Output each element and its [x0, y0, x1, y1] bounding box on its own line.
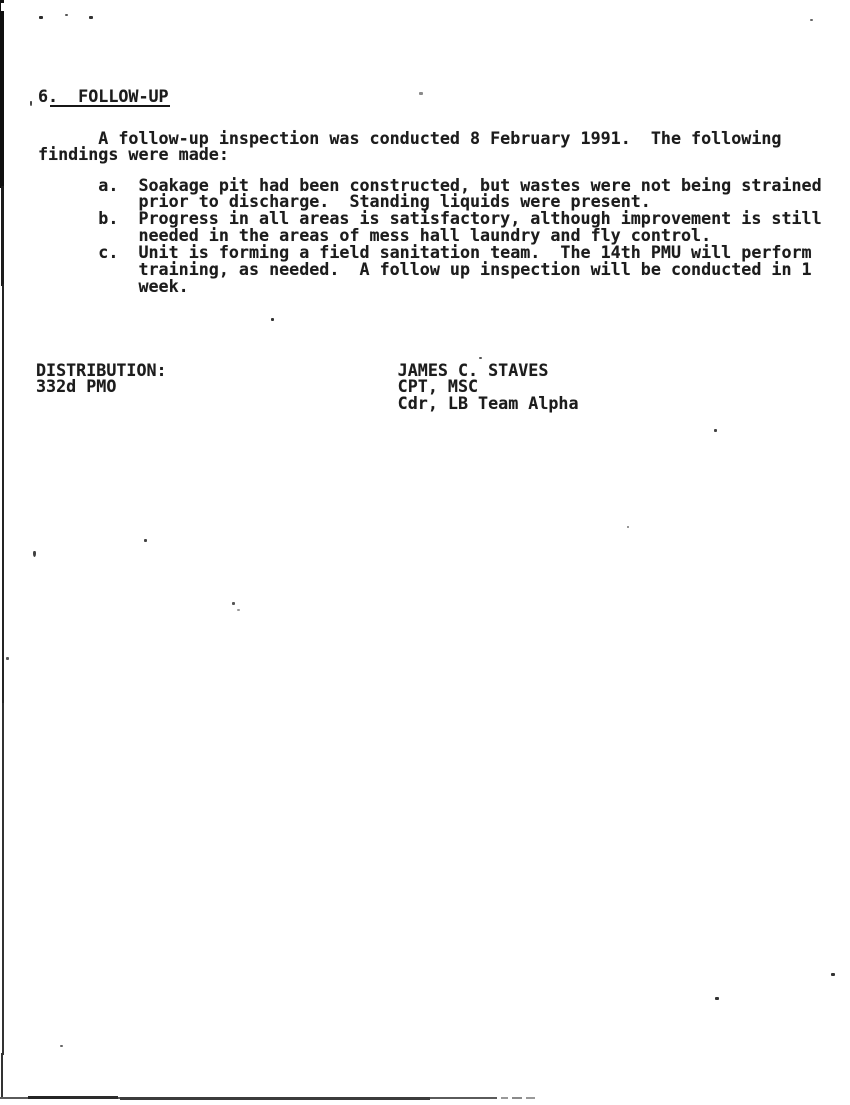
intro-paragraph: A follow-up inspection was conducted 8 F… — [38, 130, 781, 164]
scan-speck — [65, 14, 68, 16]
scan-edge-bottom-dash — [501, 1097, 508, 1099]
scan-speck — [627, 526, 629, 528]
scan-edge-bottom — [70, 1096, 118, 1099]
scan-edge-bottom-dash — [512, 1097, 522, 1099]
heading-underline — [50, 105, 170, 107]
scan-edge-bottom — [120, 1097, 430, 1100]
scan-edge-left — [0, 0, 4, 188]
scan-speck — [810, 19, 813, 21]
scan-speck — [60, 1045, 63, 1047]
scan-speck — [6, 657, 9, 660]
scan-edge-notch — [1, 3, 5, 11]
scan-edge-left — [2, 284, 4, 706]
scan-edge-bottom — [28, 1096, 72, 1099]
section-heading: 6. FOLLOW-UP — [38, 88, 169, 105]
scan-speck — [33, 551, 36, 557]
text-line: findings were made: — [38, 146, 781, 163]
scan-speck — [237, 609, 240, 611]
scan-edge-left — [1, 186, 4, 286]
scan-edge-left — [1, 1053, 3, 1097]
scan-speck — [39, 16, 43, 19]
scan-edge-left — [2, 703, 4, 1055]
scan-speck — [715, 997, 719, 1000]
scan-speck — [419, 92, 423, 95]
findings-list: a. Soakage pit had been constructed, but… — [38, 177, 822, 295]
text-line: week. — [38, 278, 822, 295]
scan-speck — [30, 101, 32, 106]
scan-speck — [144, 539, 147, 542]
scan-speck — [271, 318, 274, 321]
scan-edge-bottom-dash — [526, 1097, 535, 1099]
scan-speck — [232, 602, 235, 605]
scan-speck — [479, 357, 482, 359]
scan-speck — [714, 429, 717, 432]
scan-speck — [831, 973, 835, 976]
text-line: Cdr, LB Team Alpha — [36, 395, 579, 412]
scanned-page: 6. FOLLOW-UP A follow-up inspection was … — [0, 0, 850, 1105]
distribution-signature-block: DISTRIBUTION: JAMES C. STAVES 332d PMO C… — [36, 362, 579, 413]
scan-speck — [89, 16, 93, 19]
